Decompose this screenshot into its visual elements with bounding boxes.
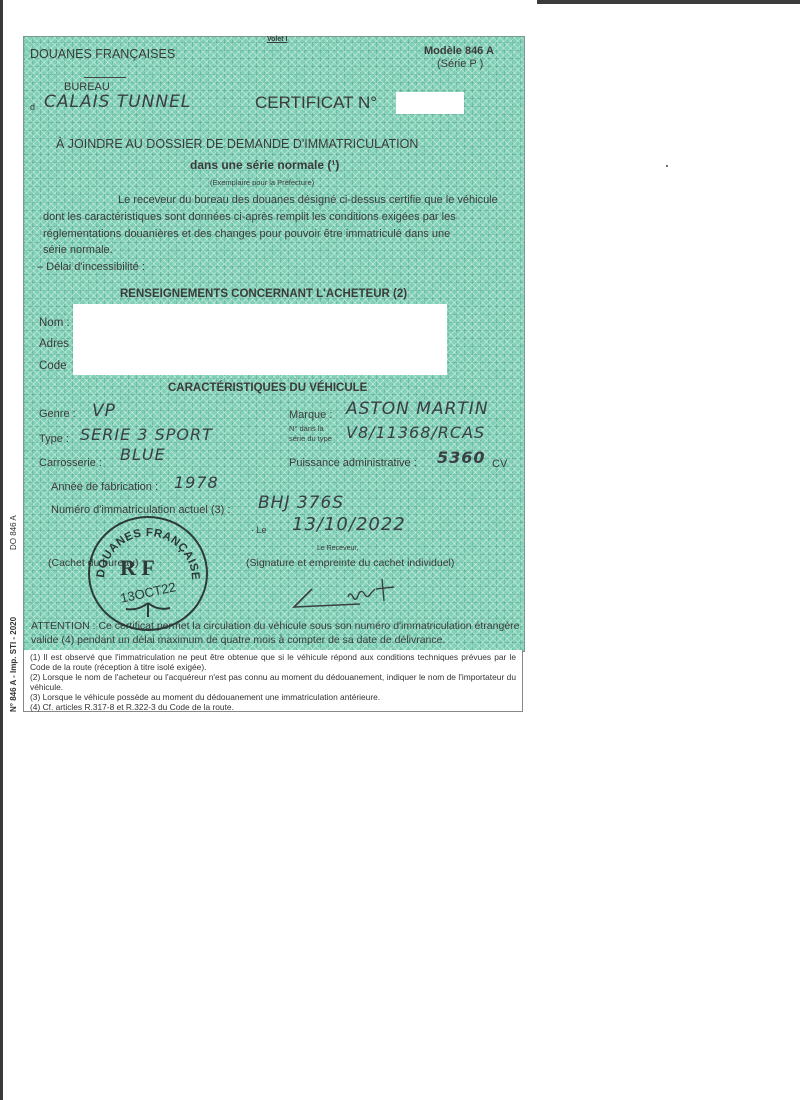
stamp-ring-text: DOUANES FRANÇAISES R F 13OCT22 [90, 518, 206, 629]
scan-speck [666, 165, 668, 167]
footnote: (2) Lorsque le nom de l'acheteur ou l'ac… [30, 672, 516, 692]
puissance-label: Puissance administrative : [289, 457, 417, 469]
annee-label: Année de fabrication : [51, 481, 158, 493]
form-title: À JOINDRE AU DOSSIER DE DEMANDE D'IMMATR… [56, 137, 418, 151]
series-label: (Série P ) [437, 58, 483, 70]
immat-value: BHJ 376S [258, 493, 344, 513]
serie-type-value: V8/11368/RCAS [346, 423, 485, 442]
buyer-code-label: Code [39, 360, 67, 372]
customs-stamp: DOUANES FRANÇAISES R F 13OCT22 [88, 516, 208, 631]
marque-value: ASTON MARTIN [346, 399, 489, 419]
svg-text:R F: R F [120, 555, 155, 580]
paragraph-line: réglementations douanières et des change… [43, 228, 450, 240]
footnotes: (1) Il est observé que l'immatriculation… [23, 650, 523, 712]
footnote: (1) Il est observé que l'immatriculation… [30, 652, 516, 672]
receiver-signature [290, 577, 440, 617]
serie-type-label: N° dans la [289, 424, 324, 433]
genre-value: VP [92, 401, 116, 421]
scan-edge [0, 0, 3, 1100]
form-code-side: DO 846 A [9, 515, 18, 550]
org-name: DOUANES FRANÇAISES [30, 47, 175, 61]
carrosserie-label: Carrosserie : [39, 457, 102, 469]
buyer-section-title: RENSEIGNEMENTS CONCERNANT L'ACHETEUR (2) [120, 288, 407, 300]
bureau-value: CALAIS TUNNEL [44, 92, 191, 112]
copy-note: (Exemplaire pour la Préfecture) [210, 178, 314, 187]
paragraph-line: dont les caractéristiques sont données c… [43, 211, 456, 223]
date-value: 13/10/2022 [292, 514, 406, 535]
type-label: Type : [39, 433, 69, 445]
divider [84, 77, 126, 78]
certificate-number-label: CERTIFICAT N° [255, 93, 377, 113]
attention-line: valide (4) pendant un délai maximum de q… [31, 634, 445, 646]
carrosserie-value: BLUE [120, 445, 166, 464]
type-value: SERIE 3 SPORT [80, 425, 213, 444]
model-number: Modèle 846 A [424, 45, 494, 57]
form-subtitle: dans une série normale (¹) [190, 158, 339, 172]
buyer-name-label: Nom : [39, 317, 70, 329]
marque-label: Marque : [289, 409, 332, 421]
volet-label: Volet I [267, 36, 287, 43]
footnote: (3) Lorsque le véhicule possède au momen… [30, 692, 516, 702]
certificate-number-redacted [396, 92, 464, 114]
buyer-info-redacted [73, 304, 447, 375]
vehicle-section-title: CARACTÉRISTIQUES DU VÉHICULE [168, 382, 367, 394]
scan-edge [537, 0, 800, 4]
puissance-unit: CV [492, 458, 507, 470]
bureau-prefix: d [30, 102, 35, 112]
receveur-label: Le Receveur, [317, 545, 358, 552]
svg-text:13OCT22: 13OCT22 [119, 579, 177, 605]
puissance-value: 5360 [437, 448, 486, 467]
buyer-address-label: Adres [39, 338, 69, 350]
serie-type-label: série du type [289, 434, 332, 443]
delai-label: – Délai d'incessibilité : [37, 261, 145, 273]
date-label: · Le [251, 525, 267, 535]
cachet-individuel-label: (Signature et empreinte du cachet indivi… [246, 557, 454, 569]
annee-value: 1978 [174, 473, 219, 492]
form-print-ref: N° 846 A - Imp. STI - 2020 [9, 617, 18, 712]
immat-label: Numéro d'immatriculation actuel (3) : [51, 504, 230, 516]
paragraph-line: série normale. [43, 244, 113, 256]
genre-label: Genre : [39, 408, 76, 420]
footnote: (4) Cf. articles R.317-8 et R.322-3 du C… [30, 702, 516, 712]
paragraph-line: Le receveur du bureau des douanes désign… [118, 194, 498, 206]
